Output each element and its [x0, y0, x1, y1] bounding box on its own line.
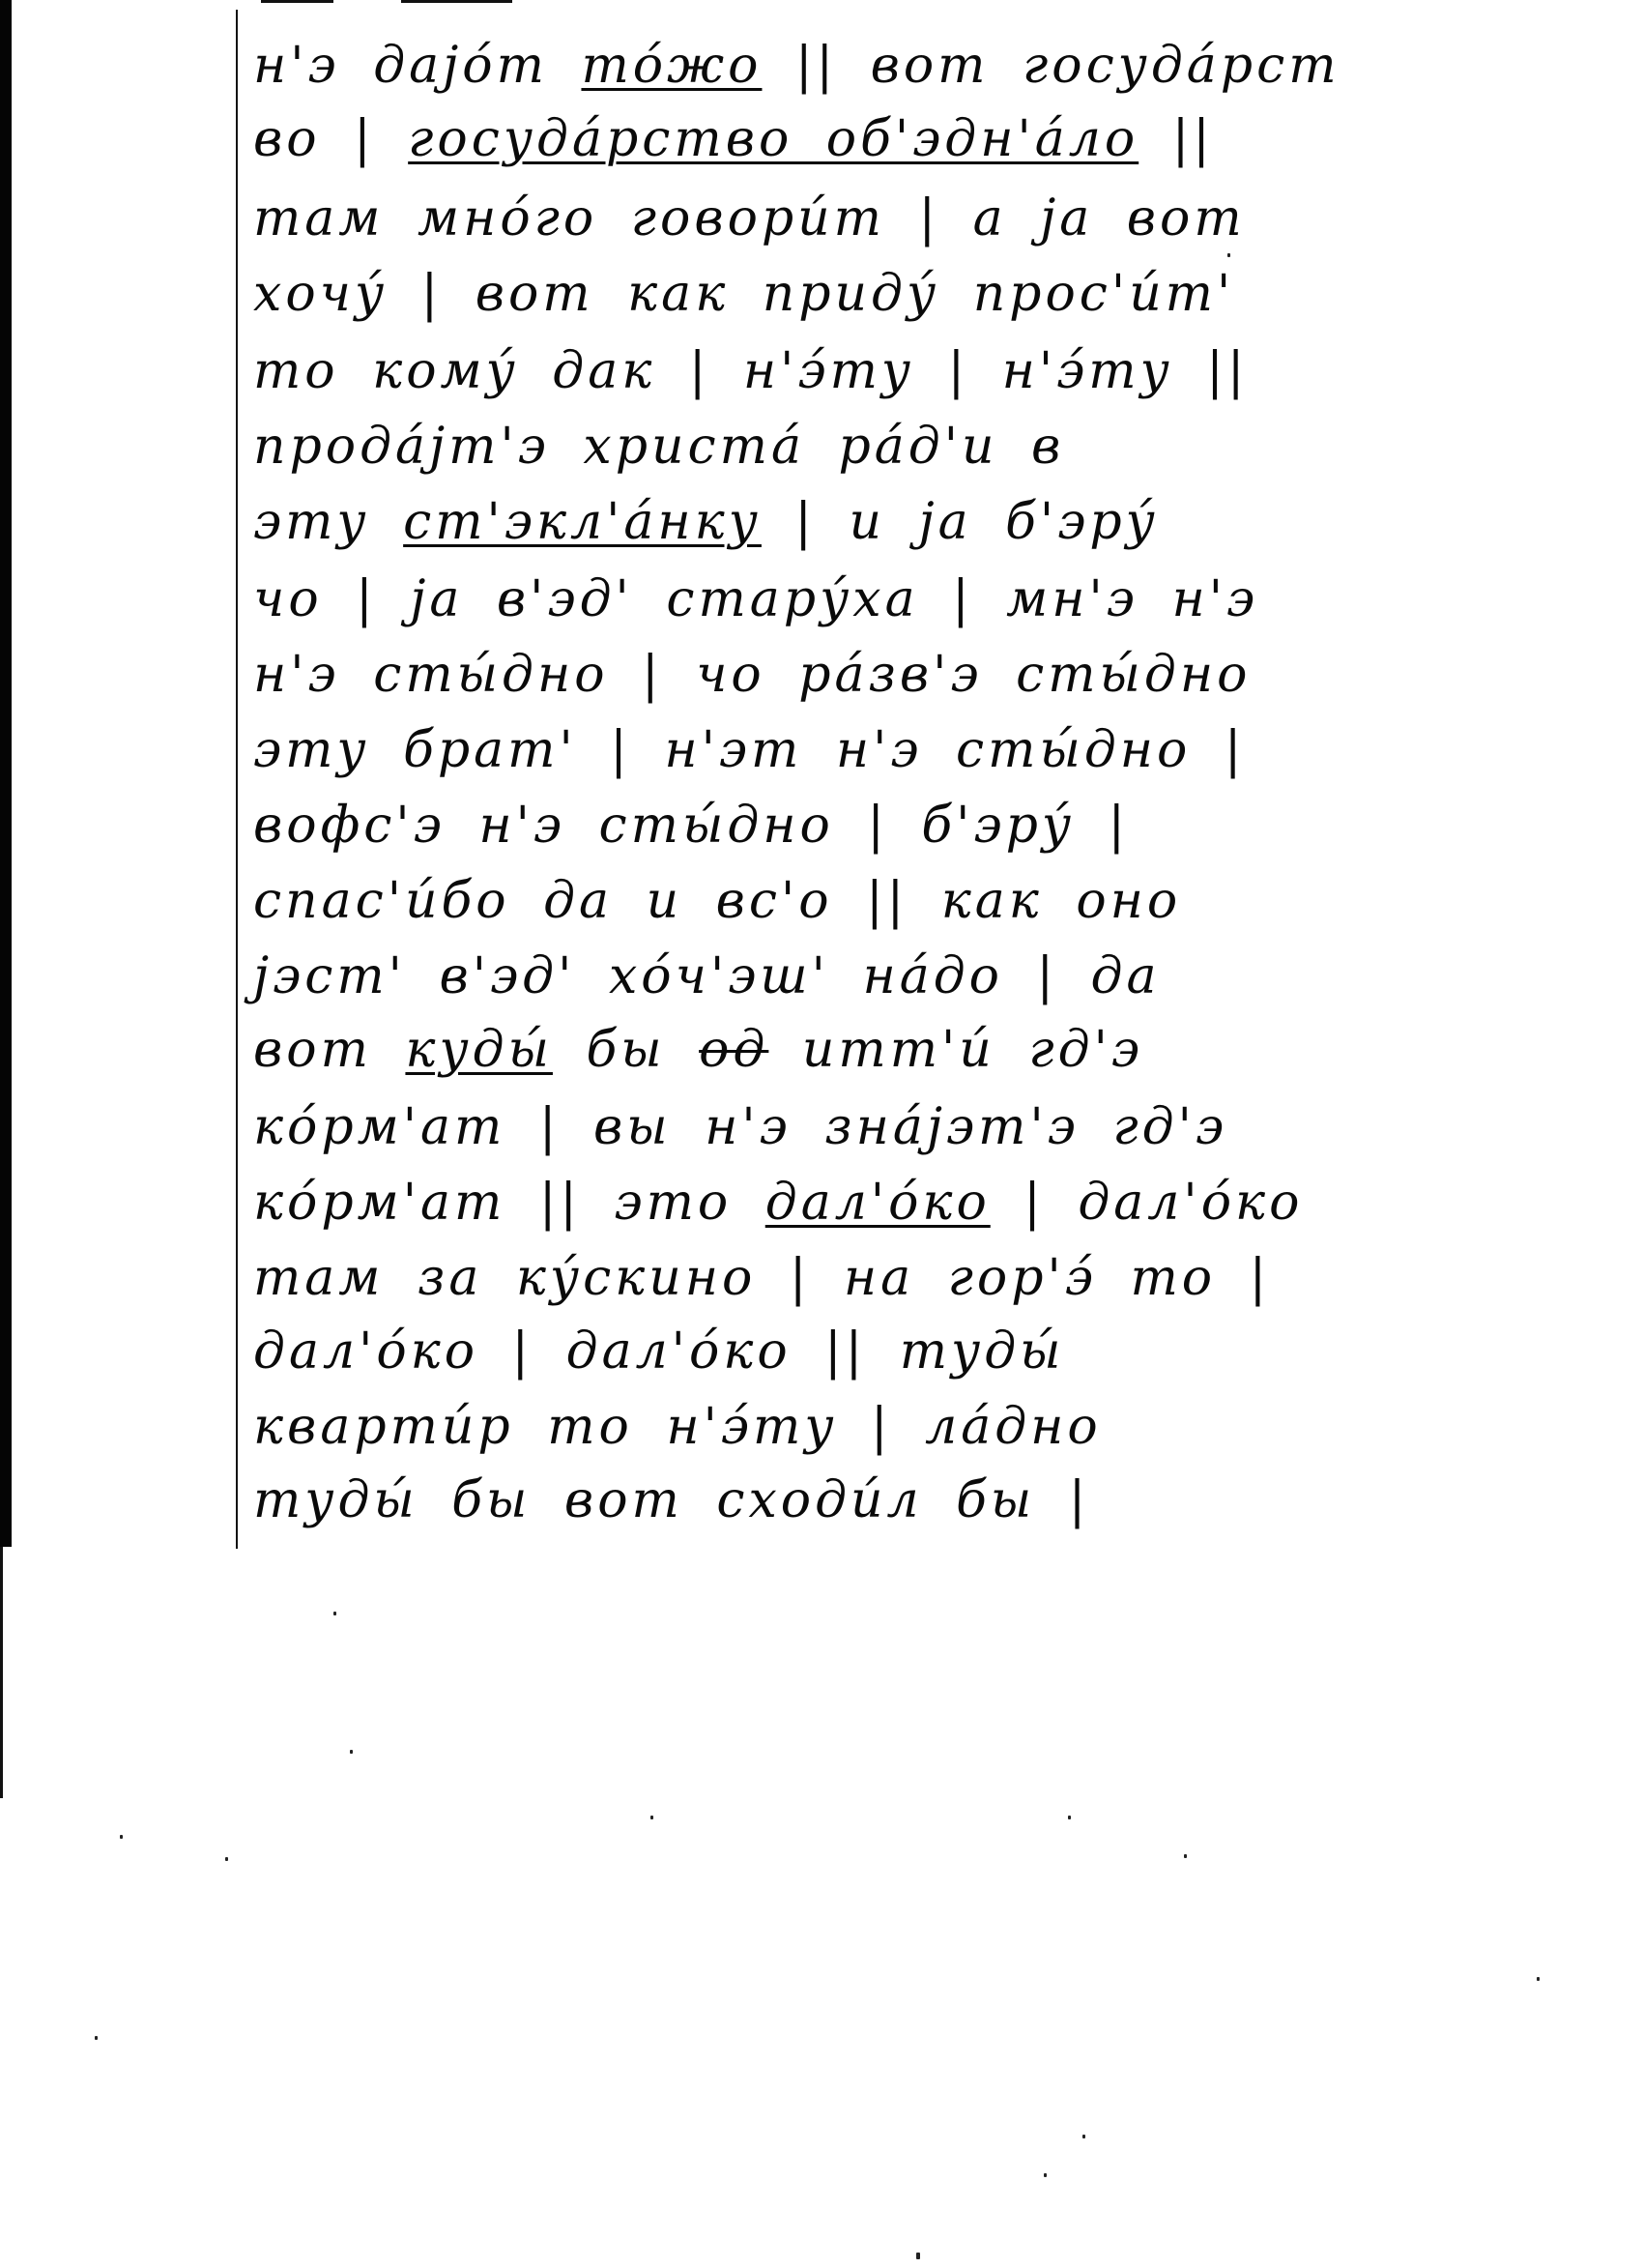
scanned-page: н'э дајо́т то́жо || вот госуда́рство | г… [0, 0, 1643, 2268]
scan-speck [916, 2253, 920, 2259]
text-segment: бы [553, 1021, 699, 1079]
underlined-word: то́жо [581, 37, 762, 95]
scan-speck [120, 1835, 123, 1839]
scan-speck [1044, 2173, 1047, 2177]
handwritten-line: там за ку́скино | на гор'э́ то | [253, 1253, 1270, 1303]
handwritten-line: прода́јт'э христа́ ра́д'и в [253, 422, 1064, 472]
text-segment: прода́јт'э христа́ ра́д'и в [253, 418, 1064, 476]
text-segment: јэст' в'эд' хо́ч'эш' на́до | да [253, 947, 1161, 1005]
margin-rule-line [236, 10, 238, 1549]
text-segment: || вот госуда́рст [762, 37, 1340, 95]
text-segment: эту [253, 493, 403, 551]
handwritten-line: там мно́го говори́т | а ја вот [253, 193, 1246, 244]
text-segment: во | [253, 110, 408, 168]
scan-speck [225, 1857, 228, 1861]
text-segment: кварти́р то н'э́ту | ла́дно [253, 1398, 1102, 1456]
text-segment: туды́ бы вот сходи́л бы | [253, 1471, 1089, 1529]
struck-out-word: од [699, 1021, 768, 1079]
underlined-word: госуда́рство об'эдн'а́ло [408, 110, 1139, 168]
handwritten-line: ко́рм'ат || это дал'о́ко | дал'о́ко [253, 1178, 1303, 1228]
handwritten-line: хочу́ | вот как приду́ прос'и́т' [253, 269, 1234, 319]
text-segment: | дал'о́ко [991, 1174, 1304, 1232]
text-segment: хочу́ | вот как приду́ прос'и́т' [253, 265, 1234, 323]
handwritten-line: эту брат' | н'эт н'э сты́дно | [253, 725, 1245, 775]
text-segment: спас'и́бо да и вс'о || как оно [253, 872, 1181, 930]
scan-edge-shadow [0, 0, 12, 1547]
underlined-word: куды́ [405, 1021, 553, 1079]
text-segment: итт'и́ гд'э [768, 1021, 1143, 1079]
underlined-word: дал'о́ко [765, 1174, 991, 1232]
underlined-word: ст'экл'а́нку [403, 493, 762, 551]
text-segment: эту брат' | н'эт н'э сты́дно | [253, 721, 1245, 779]
text-segment: ко́рм'ат | вы н'э зна́јэт'э гд'э [253, 1098, 1227, 1156]
scan-speck [1068, 1816, 1071, 1819]
text-segment: вот [253, 1021, 405, 1079]
handwritten-line: туды́ бы вот сходи́л бы | [253, 1475, 1089, 1526]
scan-speck [350, 1750, 353, 1754]
handwritten-line: кварти́р то н'э́ту | ла́дно [253, 1402, 1102, 1452]
handwritten-line: ко́рм'ат | вы н'э зна́јэт'э гд'э [253, 1102, 1227, 1152]
text-segment: н'э дајо́т [253, 37, 581, 95]
scan-speck [650, 1816, 653, 1819]
scan-speck [1184, 1854, 1187, 1858]
cutoff-underline-mark [401, 0, 512, 3]
handwritten-line: н'э сты́дно | чо ра́зв'э сты́дно [253, 650, 1251, 700]
text-segment: ко́рм'ат || это [253, 1174, 765, 1232]
text-segment: дал'о́ко | дал'о́ко || туды́ [253, 1323, 1065, 1381]
handwritten-line: вофс'э н'э сты́дно | б'эру́ | [253, 800, 1129, 851]
text-segment: там за ку́скино | на гор'э́ то | [253, 1249, 1270, 1307]
text-segment: то кому́ дак | н'э́ту | н'э́ту || [253, 342, 1248, 400]
handwritten-line: дал'о́ко | дал'о́ко || туды́ [253, 1326, 1065, 1377]
text-segment: вофс'э н'э сты́дно | б'эру́ | [253, 797, 1129, 855]
handwritten-line: н'э дајо́т то́жо || вот госуда́рст [253, 41, 1340, 91]
text-segment: чо | ја в'эд' стару́ха | мн'э н'э [253, 570, 1258, 628]
handwritten-line: то кому́ дак | н'э́ту | н'э́ту || [253, 346, 1248, 396]
handwritten-line: эту ст'экл'а́нку | и ја б'эру́ [253, 497, 1159, 547]
scan-speck [1537, 1977, 1540, 1981]
handwritten-line: чо | ја в'эд' стару́ха | мн'э н'э [253, 574, 1258, 625]
scan-speck [1082, 2135, 1085, 2138]
handwritten-line: јэст' в'эд' хо́ч'эш' на́до | да [253, 951, 1161, 1002]
handwritten-line: спас'и́бо да и вс'о || как оно [253, 876, 1181, 926]
text-segment: н'э сты́дно | чо ра́зв'э сты́дно [253, 646, 1251, 704]
text-segment: там мно́го говори́т | а ја вот [253, 189, 1246, 247]
scan-speck [95, 2036, 98, 2040]
scan-edge-shadow-thin [0, 1547, 3, 1798]
handwritten-line: вот куды́ бы од итт'и́ гд'э [253, 1025, 1143, 1075]
scan-speck [333, 1612, 336, 1615]
text-segment: | и ја б'эру́ [762, 493, 1159, 551]
text-segment: || [1139, 110, 1214, 168]
scan-speck [1227, 253, 1230, 257]
cutoff-underline-mark [261, 0, 333, 3]
handwritten-line: во | госуда́рство об'эдн'а́ло || [253, 114, 1214, 164]
